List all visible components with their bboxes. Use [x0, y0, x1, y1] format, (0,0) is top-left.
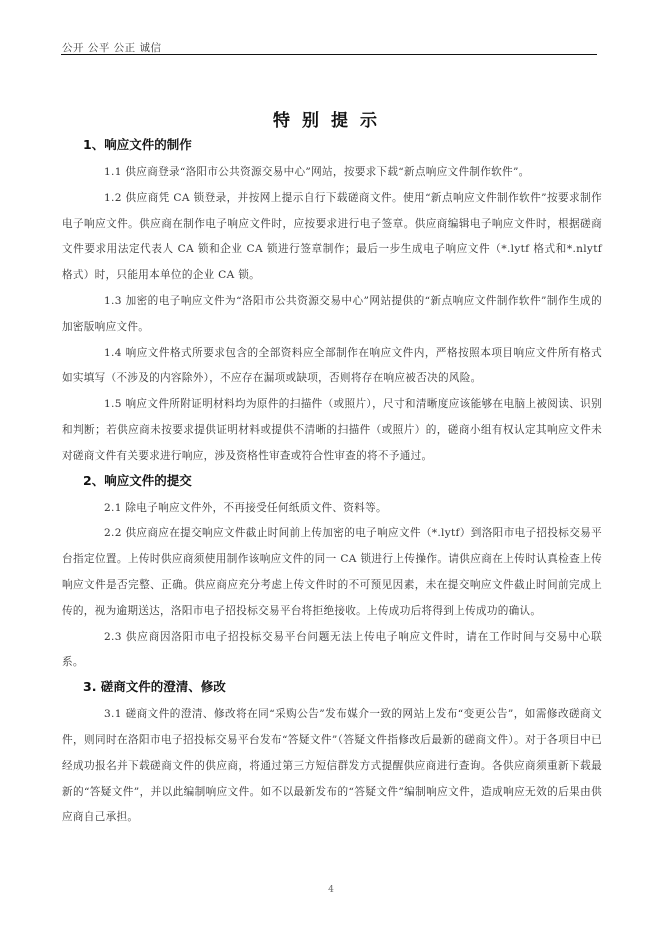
page-header: 公开 公平 公正 诚信	[62, 40, 598, 54]
paragraph-3-1: 3.1 磋商文件的澄清、修改将在同“采购公告”发布媒介一致的网站上发布“变更公告…	[62, 702, 602, 831]
section-1: 1、响应文件的制作 1.1 供应商登录“洛阳市公共资源交易中心”网站，按要求下载…	[62, 134, 602, 470]
page-number: 4	[0, 885, 662, 895]
paragraph-2-2: 2.2 供应商应在提交响应文件截止时间前上传加密的电子响应文件（*.lytf）到…	[62, 521, 602, 624]
paragraph-1-5: 1.5 响应文件所附证明材料均为原件的扫描件（或照片），尺寸和清晰度应该能够在电…	[62, 392, 602, 469]
section-2: 2、响应文件的提交 2.1 除电子响应文件外，不再接受任何纸质文件、资料等。 2…	[62, 470, 602, 677]
paragraph-2-3: 2.3 供应商因洛阳市电子招投标交易平台问题无法上传电子响应文件时，请在工作时间…	[62, 625, 602, 677]
paragraph-1-3: 1.3 加密的电子响应文件为“洛阳市公共资源交易中心”网站提供的“新点响应文件制…	[62, 289, 602, 341]
header-divider	[61, 54, 597, 55]
section-heading: 2、响应文件的提交	[62, 470, 602, 496]
section-heading: 1、响应文件的制作	[62, 134, 602, 160]
paragraph-1-1: 1.1 供应商登录“洛阳市公共资源交易中心”网站，按要求下载“新点响应文件制作软…	[62, 160, 602, 186]
paragraph-2-1: 2.1 除电子响应文件外，不再接受任何纸质文件、资料等。	[62, 496, 602, 522]
paragraph-1-4: 1.4 响应文件格式所要求包含的全部资料应全部制作在响应文件内，严格按照本项目响…	[62, 341, 602, 393]
document-body: 1、响应文件的制作 1.1 供应商登录“洛阳市公共资源交易中心”网站，按要求下载…	[62, 134, 602, 831]
header-motto: 公开 公平 公正 诚信	[62, 42, 162, 54]
section-3: 3. 磋商文件的澄清、修改 3.1 磋商文件的澄清、修改将在同“采购公告”发布媒…	[62, 676, 602, 831]
section-heading: 3. 磋商文件的澄清、修改	[62, 676, 602, 702]
page-title: 特别提示	[0, 106, 662, 131]
paragraph-1-2: 1.2 供应商凭 CA 锁登录，并按网上提示自行下载磋商文件。使用“新点响应文件…	[62, 186, 602, 289]
